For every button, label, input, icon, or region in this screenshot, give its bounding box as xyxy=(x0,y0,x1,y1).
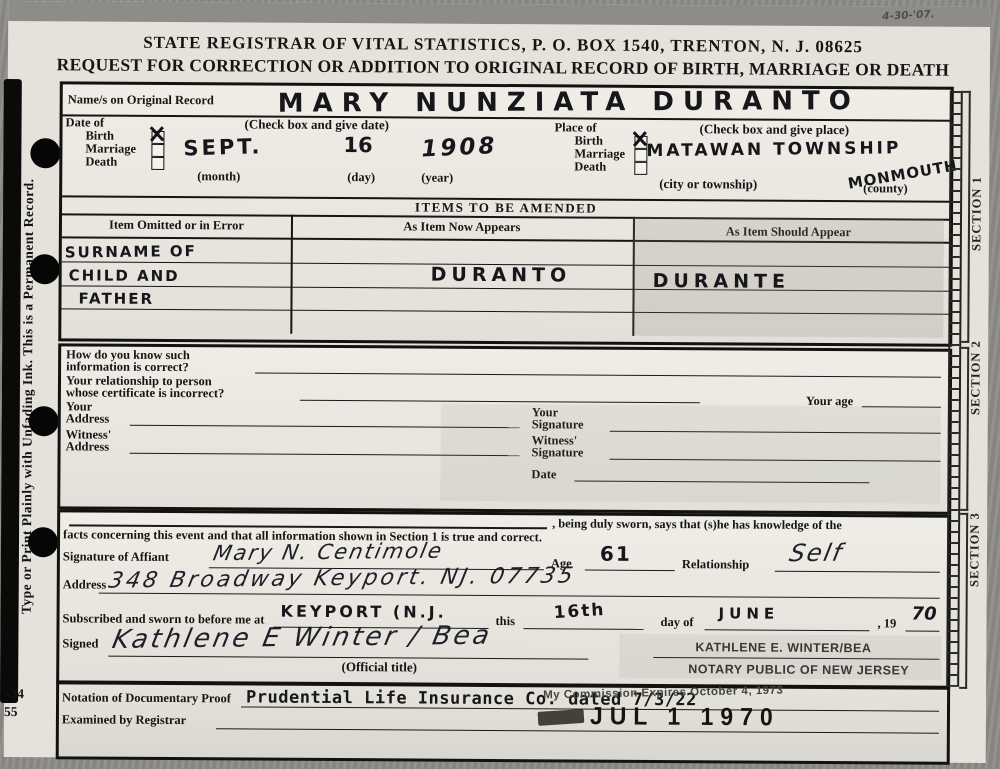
witness-address-blank xyxy=(130,453,520,456)
form-title-line2: REQUEST FOR CORRECTION OR ADDITION TO OR… xyxy=(48,55,958,79)
day-caption: (day) xyxy=(347,171,375,185)
scan-top-band xyxy=(8,1,990,27)
form-number-top: -34 xyxy=(6,687,24,702)
day-of-label: day of xyxy=(660,616,693,630)
examined-blank xyxy=(216,728,939,733)
commission-stamp: My Commission Expires October 4, 1973 xyxy=(543,685,783,702)
amend-rule-3 xyxy=(61,308,949,314)
relationship-label: Relationship xyxy=(682,558,749,572)
footer-box: Notation of Documentary Proof Prudential… xyxy=(56,681,950,764)
place-value: MATAWAN TOWNSHIP xyxy=(646,138,901,161)
date-day-value: 16 xyxy=(343,133,372,157)
address-value: 348 Broadway Keyport. NJ. 07735 xyxy=(106,563,577,593)
notation-label: Notation of Documentary Proof xyxy=(62,691,231,706)
witness-signature-blank xyxy=(610,459,941,462)
section3-side-label: SECTION 3 xyxy=(967,485,984,615)
month-caption: (month) xyxy=(197,170,240,184)
sworn-year-blank xyxy=(905,630,939,631)
amend-item-line2: CHILD AND xyxy=(69,266,180,285)
place-option-death: Death xyxy=(574,160,606,174)
date-birth-check-x-icon xyxy=(148,125,164,143)
punch-hole-3 xyxy=(29,406,59,436)
name-on-record-value: MARY NUNZIATA DURANTO xyxy=(278,86,860,119)
amend-should-value: DURANTE xyxy=(653,270,791,293)
q2-blank xyxy=(300,400,700,403)
sworn-day-value: 16th xyxy=(553,600,606,623)
year-prefix: , 19 xyxy=(877,617,896,631)
name-on-record-label: Name/s on Original Record xyxy=(68,93,214,107)
address-label: Address xyxy=(63,578,107,592)
signed-value: Kathlene E Winter / Bea xyxy=(110,621,495,655)
date-field-label: Date xyxy=(531,468,556,482)
scanned-document: 4-30-'07. STATE REGISTRAR OF VITAL STATI… xyxy=(0,0,1000,769)
place-death-checkbox xyxy=(634,162,647,175)
county-caption: (county) xyxy=(863,182,908,196)
date-option-death: Death xyxy=(85,155,117,169)
sworn-at-value: KEYPORT (N.J. xyxy=(281,602,447,622)
q1-line2: information is correct? xyxy=(66,360,189,374)
relationship-value: Self xyxy=(787,539,846,568)
date-month-value: SEPT. xyxy=(183,134,263,160)
date-year-value: 1908 xyxy=(421,133,498,162)
your-address-blank xyxy=(130,425,520,428)
amend-col-header-3: As Item Should Appear xyxy=(633,225,944,240)
form-number-bottom: 55 xyxy=(4,705,18,720)
your-age-blank xyxy=(862,406,941,407)
date-marriage-checkbox xyxy=(151,144,164,157)
received-date-stamp: JUL 1 1970 xyxy=(590,701,780,731)
your-age-label: Your age xyxy=(806,395,853,409)
section3-box: , being duly sworn, says that (s)he has … xyxy=(56,509,951,688)
corner-note: 4-30-'07. xyxy=(882,8,935,22)
witness-address-label-2: Address xyxy=(66,440,110,454)
place-instruction: (Check box and give place) xyxy=(700,122,850,137)
age-blank xyxy=(585,570,675,572)
city-caption: (city or township) xyxy=(659,177,757,192)
amend-now-value: DURANTO xyxy=(431,264,572,287)
punch-hole-2 xyxy=(30,254,60,284)
sworn-year-value: 70 xyxy=(912,604,937,625)
examined-label: Examined by Registrar xyxy=(62,713,186,727)
scan-artifact-wash xyxy=(440,404,941,504)
relationship-blank xyxy=(775,571,940,573)
date-instruction: (Check box and give date) xyxy=(245,117,390,132)
amend-item-line3: FATHER xyxy=(78,289,154,307)
amend-col-header-1: Item Omitted or in Error xyxy=(62,218,291,233)
place-birth-check-x-icon xyxy=(631,130,647,148)
official-title-label: (Official title) xyxy=(209,659,549,675)
sworn-month-blank xyxy=(704,629,869,631)
date-death-checkbox xyxy=(151,157,164,170)
notary-stamp-line1: KATHLENE E. WINTER/BEA xyxy=(695,640,871,655)
affiant-label: Signature of Affiant xyxy=(63,550,169,564)
paper-sheet: 4-30-'07. STATE REGISTRAR OF VITAL STATI… xyxy=(4,1,991,763)
form-title-line1: STATE REGISTRAR OF VITAL STATISTICS, P. … xyxy=(58,33,948,57)
section1-side-label: SECTION 1 xyxy=(969,149,986,279)
witness-signature-label-2: Signature xyxy=(532,446,584,460)
punch-hole-1 xyxy=(30,138,60,168)
your-signature-blank xyxy=(610,431,941,434)
address-blank xyxy=(99,593,940,599)
this-label: this xyxy=(495,615,515,629)
illegible-mark xyxy=(538,709,585,726)
date-field-blank xyxy=(574,480,869,483)
q1-blank xyxy=(255,373,941,378)
signed-label: Signed xyxy=(62,637,98,651)
amend-item-line1: SURNAME OF xyxy=(65,242,197,261)
affiant-signature: Mary N. Centimole xyxy=(211,539,445,566)
your-address-label-2: Address xyxy=(66,412,110,426)
your-signature-label-2: Signature xyxy=(532,418,584,432)
amend-rule-2 xyxy=(62,285,950,291)
year-caption: (year) xyxy=(421,172,453,186)
sworn-day-blank xyxy=(523,628,643,630)
margin-instruction: Type or Print Plainly with Unfading Ink.… xyxy=(16,96,40,696)
section2-box: How do you know such information is corr… xyxy=(57,343,952,514)
punch-hole-4 xyxy=(28,527,58,557)
sworn-suffix: , being duly sworn, says that (s)he has … xyxy=(552,517,842,532)
section2-side-label: SECTION 2 xyxy=(968,313,985,443)
amend-col-header-2: As Item Now Appears xyxy=(291,220,633,236)
section1-box: Name/s on Original Record MARY NUNZIATA … xyxy=(58,81,954,346)
age-value: 61 xyxy=(600,542,632,566)
sworn-month-value: JUNE xyxy=(719,604,780,622)
notary-stamp-line2: NOTARY PUBLIC OF NEW JERSEY xyxy=(688,662,909,677)
notary-blank xyxy=(653,657,939,660)
